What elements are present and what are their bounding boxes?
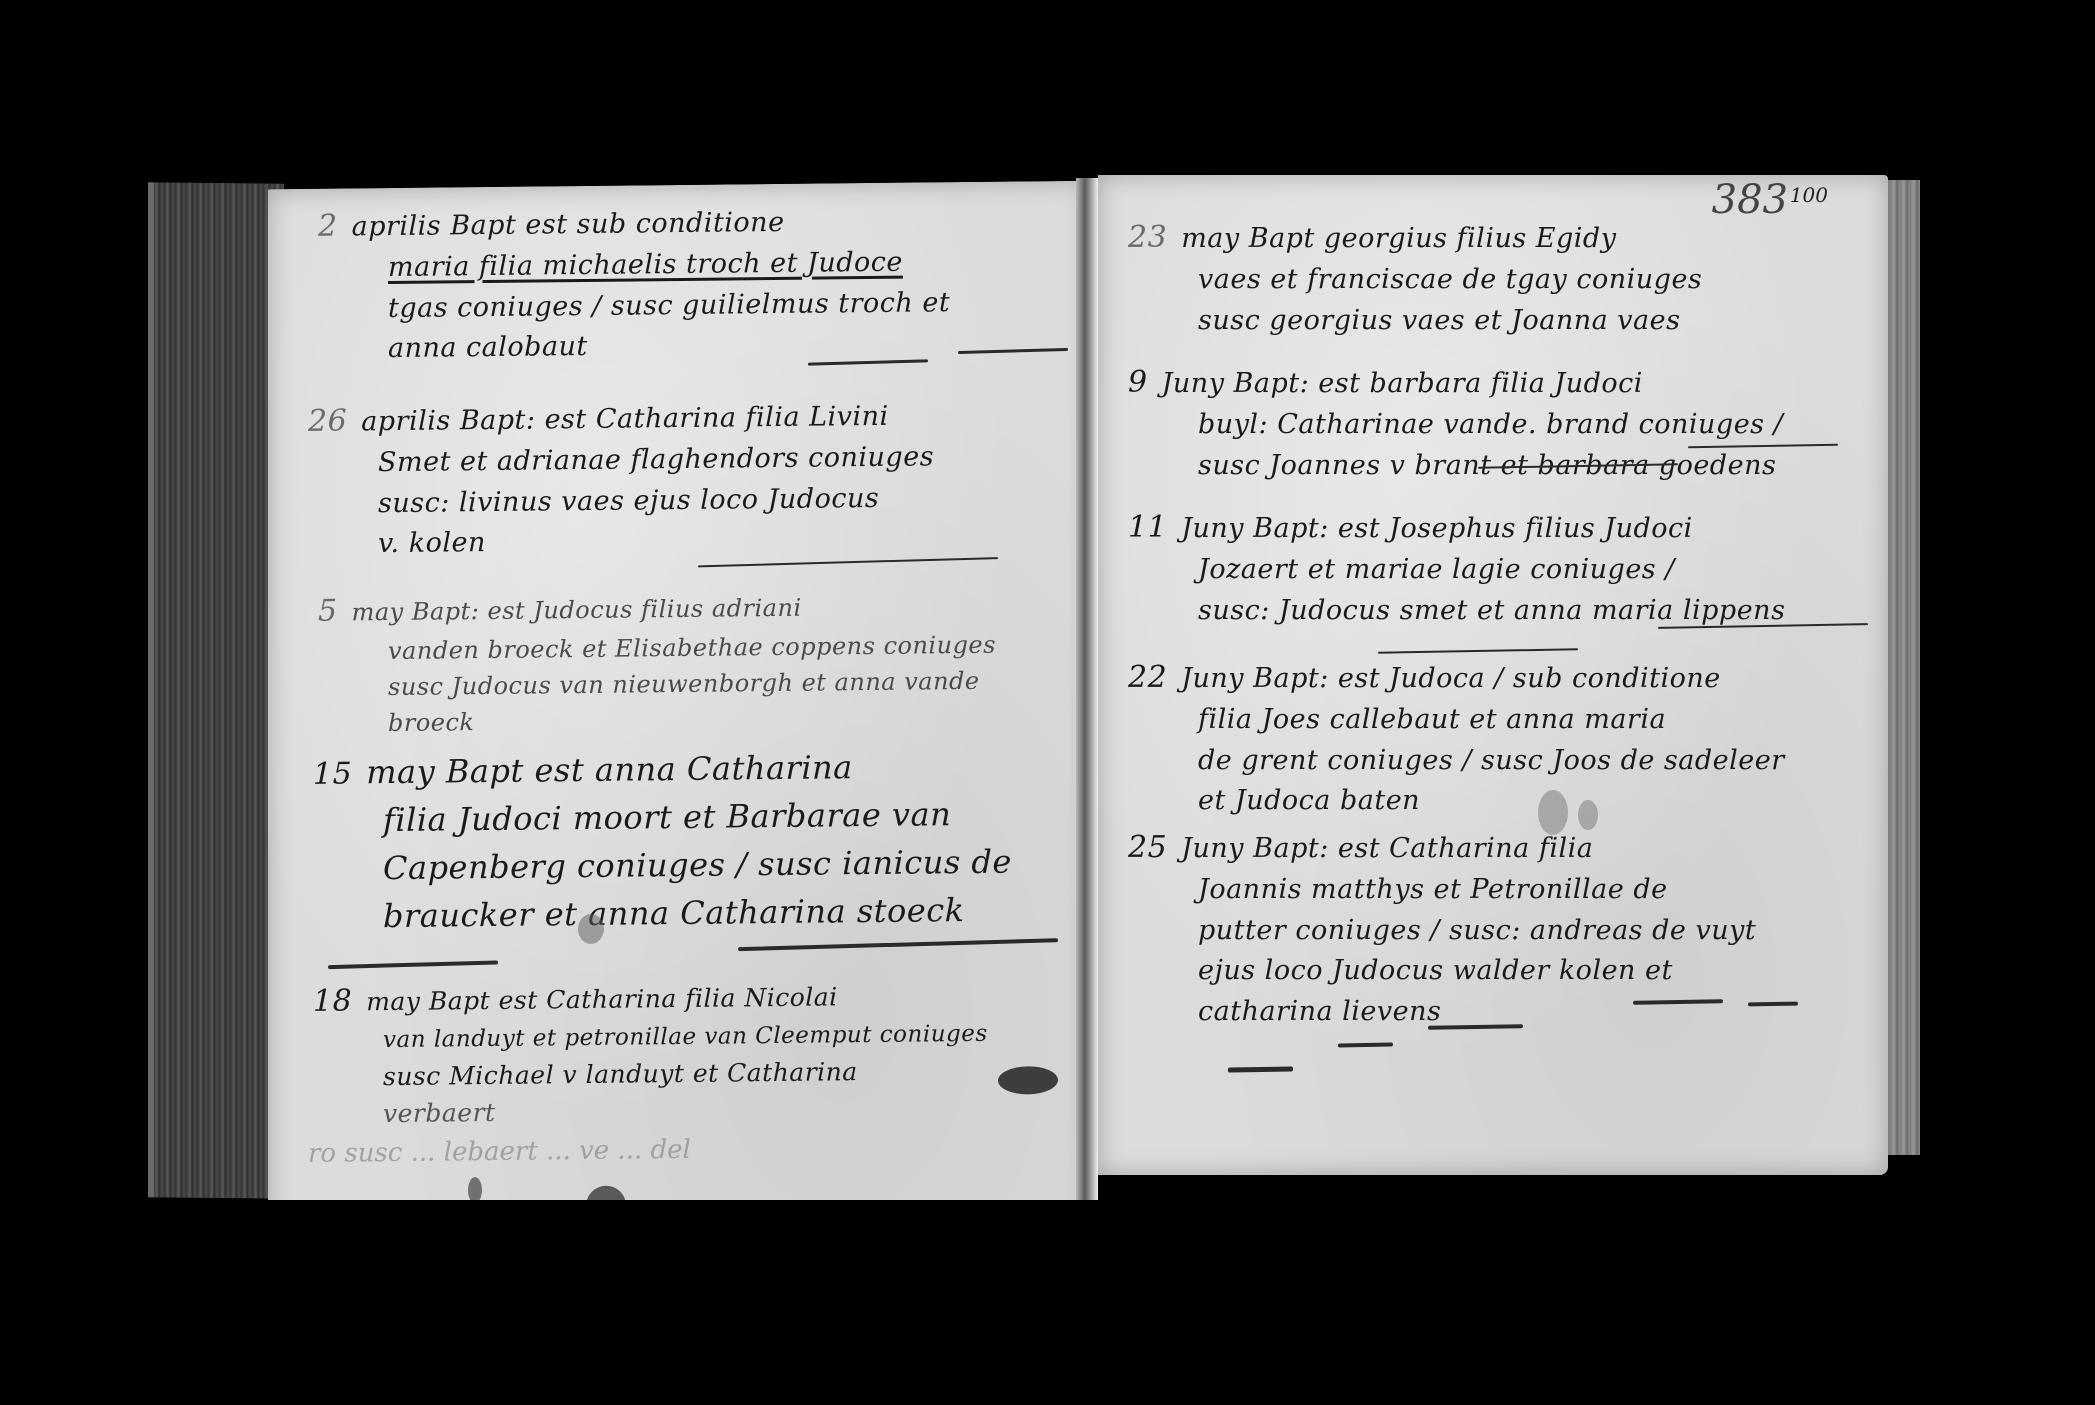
folio-number: 383 bbox=[1712, 177, 1788, 223]
entry-date: 26 bbox=[308, 403, 347, 438]
entry-line: filia Joes callebaut et anna maria bbox=[1198, 700, 1785, 741]
entry-separator bbox=[1378, 648, 1578, 653]
entry-line: putter coniuges / susc: andreas de vuyt bbox=[1198, 911, 1756, 952]
entry-line: van landuyt et petronillae van Cleemput … bbox=[383, 1017, 988, 1058]
left-page-stack-edge bbox=[148, 182, 284, 1198]
entry-line: may Bapt georgius filius Egidy bbox=[1181, 223, 1616, 254]
scanned-register-spread: 2aprilis Bapt est sub conditione maria f… bbox=[0, 0, 2095, 1405]
entry-line: may Bapt est Catharina filia Nicolai bbox=[366, 982, 837, 1016]
entry-line: braucker et anna Catharina stoeck bbox=[383, 886, 1012, 941]
entry-line: Juny Bapt: est Catharina filia bbox=[1181, 833, 1593, 864]
entry-line: Juny Bapt: est barbara filia Judoci bbox=[1162, 368, 1643, 399]
entry-line: buyl: Catharinae vande. brand coniuges / bbox=[1198, 405, 1783, 446]
entry-line: aprilis Bapt est sub conditione bbox=[352, 207, 785, 243]
entry-separator bbox=[1338, 1043, 1393, 1048]
entry-separator bbox=[1228, 1066, 1293, 1072]
entry-line: Jozaert et mariae lagie coniuges / bbox=[1198, 550, 1785, 591]
entry-line: susc: Judocus smet et anna maria lippens bbox=[1198, 591, 1785, 632]
entry-line: susc georgius vaes et Joanna vaes bbox=[1198, 301, 1702, 342]
entry-separator bbox=[328, 960, 498, 969]
ink-blot bbox=[578, 914, 604, 944]
entry-line: filia Judoci moort et Barbarae van bbox=[383, 790, 1012, 845]
entry-date: 18 bbox=[313, 983, 352, 1018]
ink-blot bbox=[1578, 800, 1598, 830]
left-page: 2aprilis Bapt est sub conditione maria f… bbox=[268, 181, 1090, 1240]
entry-line: Juny Bapt: est Judoca / sub conditione bbox=[1181, 663, 1721, 694]
entry-separator bbox=[1748, 1002, 1798, 1007]
register-entry-1: 2aprilis Bapt est sub conditione maria f… bbox=[318, 197, 950, 370]
register-entry-5: 18may Bapt est Catharina filia Nicolai v… bbox=[313, 972, 988, 1134]
register-entry-4: 15may Bapt est anna Catharina filia Judo… bbox=[313, 742, 1012, 941]
entry-date: 22 bbox=[1128, 660, 1167, 695]
register-entry-6: 23may Bapt georgius filius Egidy vaes et… bbox=[1128, 215, 1702, 341]
entry-line: susc Judocus van nieuwenborgh et anna va… bbox=[388, 663, 996, 705]
register-entry-2: 26aprilis Bapt: est Catharina filia Livi… bbox=[308, 392, 934, 565]
entry-line: may Bapt: est Judocus filius adriani bbox=[352, 594, 802, 627]
register-entry-3: 5may Bapt: est Judocus filius adriani va… bbox=[318, 582, 996, 742]
register-entry-7: 9Juny Bapt: est barbara filia Judoci buy… bbox=[1128, 360, 1783, 486]
book-gutter bbox=[1076, 178, 1098, 1203]
right-page: 383 100 23may Bapt georgius filius Egidy… bbox=[1098, 175, 1888, 1175]
entry-line: Smet et adrianae flaghendors coniuges bbox=[378, 437, 934, 483]
entry-line: aprilis Bapt: est Catharina filia Livini bbox=[361, 401, 888, 438]
entry-date: 2 bbox=[318, 209, 338, 244]
entry-date: 5 bbox=[318, 594, 338, 629]
ink-bleed-through: ro susc ... lebaert ... ve ... del bbox=[308, 1135, 691, 1169]
entry-line: tgas coniuges / susc guilielmus troch et bbox=[388, 283, 950, 329]
entry-line: ejus loco Judocus walder kolen et bbox=[1198, 951, 1756, 992]
entry-date: 23 bbox=[1128, 220, 1167, 255]
entry-line: Capenberg coniuges / susc ianicus de bbox=[383, 838, 1012, 893]
secondary-page-number: 100 bbox=[1790, 183, 1828, 207]
entry-date: 9 bbox=[1128, 365, 1148, 400]
entry-line: may Bapt est anna Catharina bbox=[366, 748, 853, 791]
entry-date: 25 bbox=[1128, 830, 1167, 865]
entry-line: susc: livinus vaes ejus loco Judocus bbox=[378, 478, 934, 524]
entry-separator bbox=[738, 938, 1058, 951]
entry-line: susc Michael v landuyt et Catharina bbox=[383, 1051, 988, 1095]
entry-line: vaes et franciscae de tgay coniuges bbox=[1198, 260, 1702, 301]
entry-date: 11 bbox=[1128, 510, 1167, 545]
entry-line: verbaert bbox=[383, 1089, 988, 1133]
entry-line: Joannis matthys et Petronillae de bbox=[1198, 870, 1756, 911]
entry-line: et Judoca baten bbox=[1198, 781, 1785, 822]
entry-line-baptized-name: maria filia michaelis troch et Judoce bbox=[388, 242, 950, 288]
entry-line: Juny Bapt: est Josephus filius Judoci bbox=[1181, 513, 1693, 544]
scan-background bbox=[150, 1200, 1950, 1280]
entry-line: v. kolen bbox=[378, 518, 934, 564]
ink-blot bbox=[1538, 790, 1568, 835]
entry-line: de grent coniuges / susc Joos de sadelee… bbox=[1198, 741, 1785, 782]
entry-separator bbox=[958, 348, 1068, 354]
entry-line: broeck bbox=[388, 699, 996, 741]
ink-blot bbox=[998, 1066, 1058, 1095]
register-entry-9: 22Juny Bapt: est Judoca / sub conditione… bbox=[1128, 655, 1785, 822]
register-entry-8: 11Juny Bapt: est Josephus filius Judoci … bbox=[1128, 505, 1785, 631]
entry-date: 15 bbox=[313, 756, 352, 791]
